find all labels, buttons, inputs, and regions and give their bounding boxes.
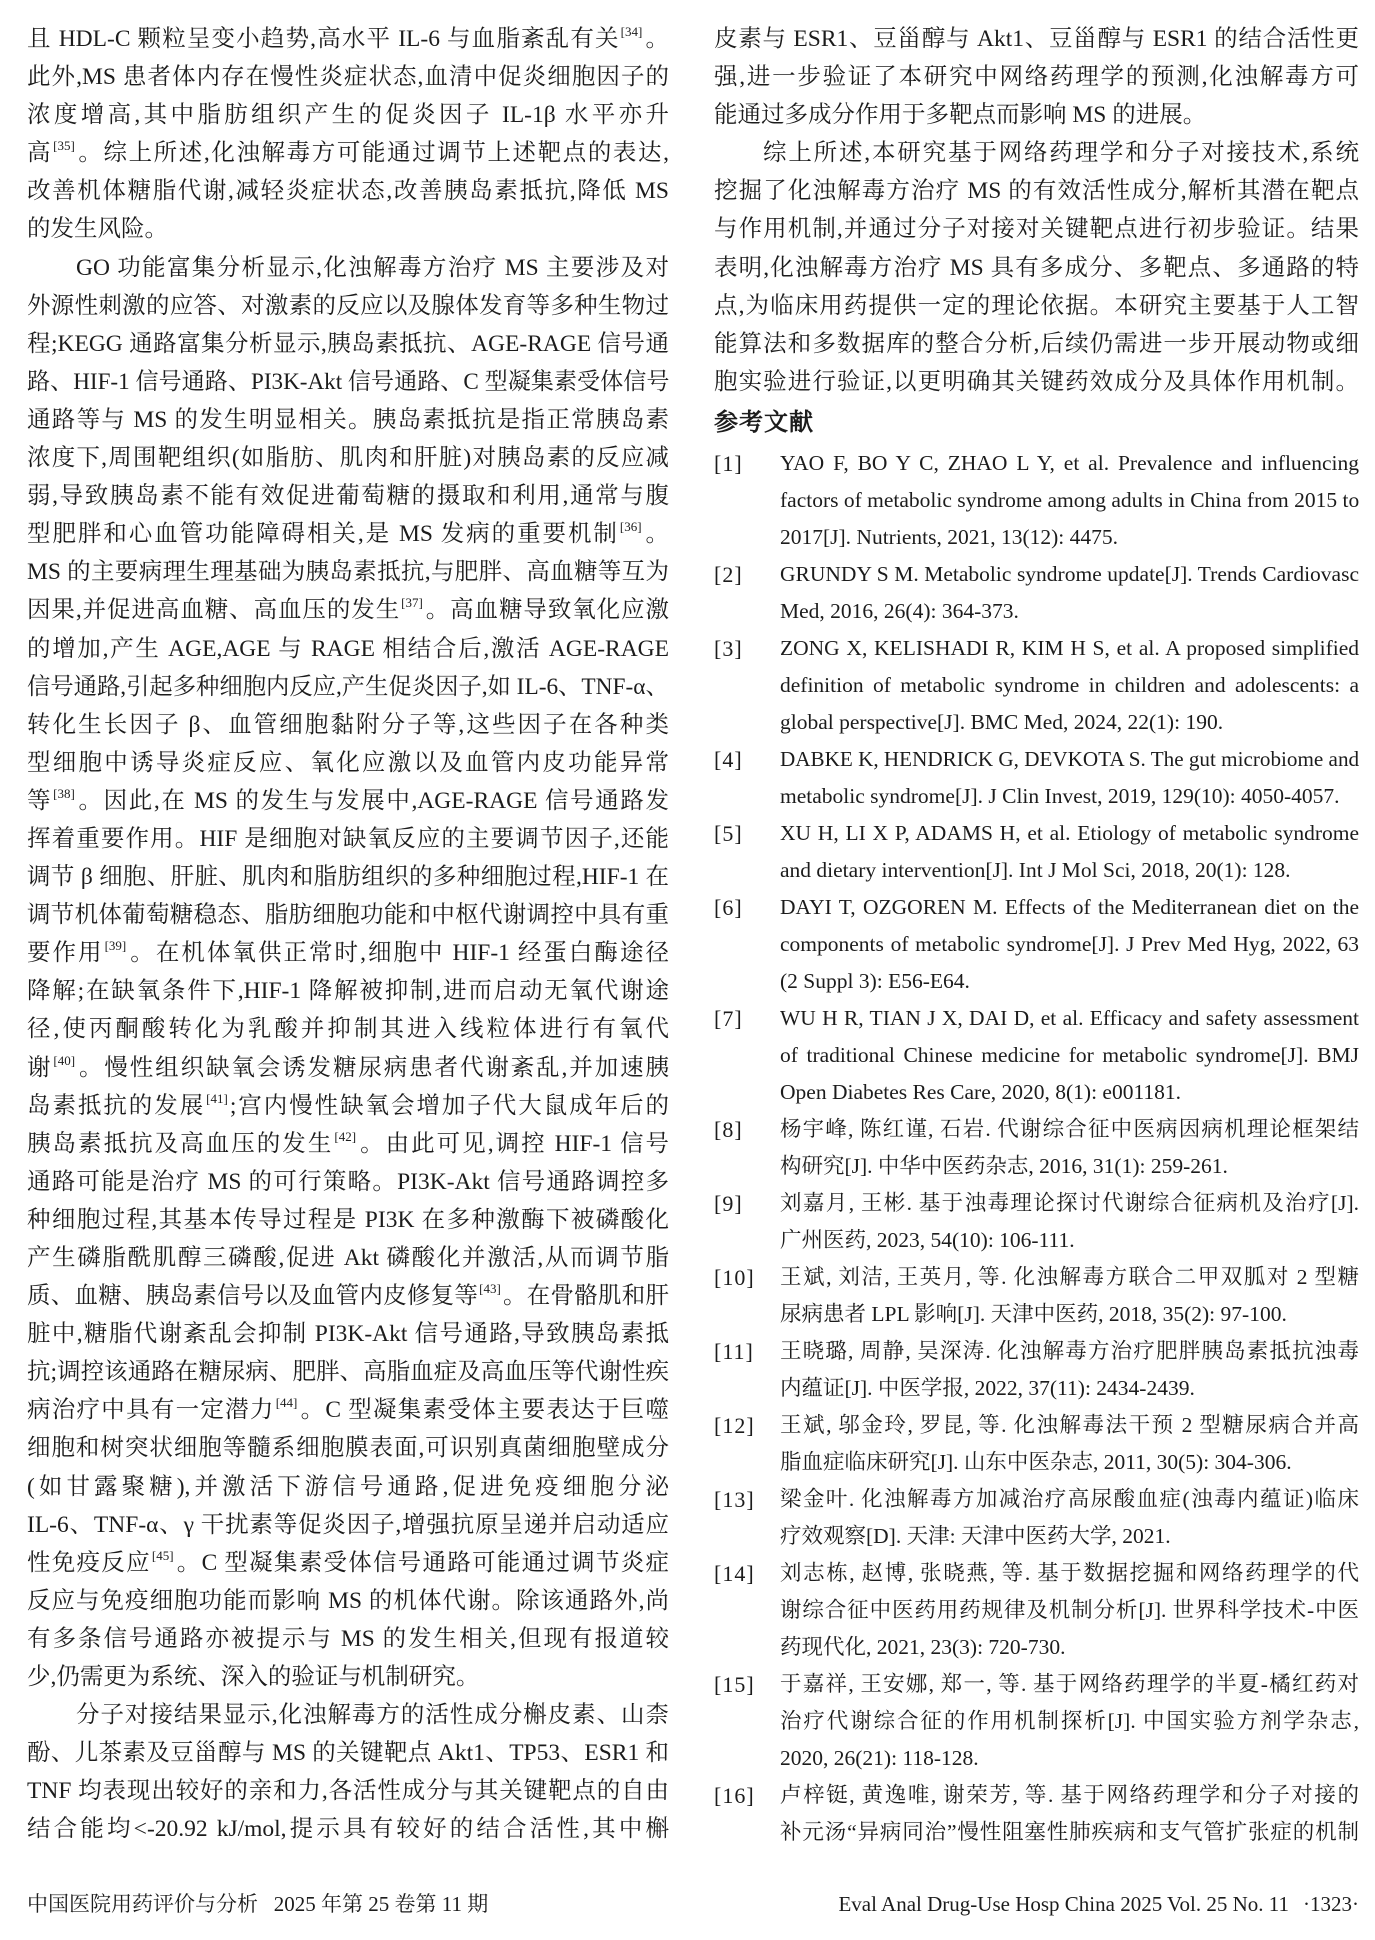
text-line: 能算法和多数据库的整合分析,后续仍需进一步开展动物或细 — [714, 325, 1359, 363]
text-line: (如甘露聚糖),并激活下游信号通路,促进免疫细胞分泌 — [27, 1468, 669, 1506]
reference-line: 2017[J]. Nutrients, 2021, 13(12): 4475. — [780, 519, 1359, 556]
text-segment: 。慢性组织缺氧会诱发糖尿病患者代谢紊乱,并加速胰 — [77, 1055, 669, 1081]
text-line: 挖掘了化浊解毒方治疗 MS 的有效活性成分,解析其潜在靶点 — [714, 172, 1359, 210]
text-segment: 谢 — [27, 1055, 52, 1081]
reference-line: 补元汤“异病同治”慢性阻塞性肺疾病和支气管扩张症的机制 — [780, 1814, 1359, 1851]
text-segment: 型肥胖和心血管功能障碍相关,是 MS 发病的重要机制 — [27, 521, 619, 547]
text-line: 少,仍需更为系统、深入的验证与机制研究。 — [27, 1658, 669, 1696]
page-number: ·1323· — [1303, 1892, 1359, 1916]
text-segment: 高 — [27, 140, 52, 166]
text-segment: 综上所述,本研究基于网络药理学和分子对接技术,系统 — [763, 140, 1359, 166]
text-line: 的增加,产生 AGE,AGE 与 RAGE 相结合后,激活 AGE-RAGE — [27, 630, 669, 668]
text-segment: 。高血糖导致氧化应激 — [425, 597, 669, 623]
reference-line: 药现代化, 2021, 23(3): 720-730. — [780, 1629, 1359, 1666]
text-segment: 岛素抵抗的发展 — [27, 1093, 205, 1119]
text-line: 皮素与 ESR1、豆甾醇与 Akt1、豆甾醇与 ESR1 的结合活性更 — [714, 20, 1359, 58]
text-segment: 挥着重要作用。HIF 是细胞对缺氧反应的主要调节因子,还能 — [27, 826, 669, 852]
reference-label: [10] — [714, 1259, 755, 1296]
text-line: 外源性刺激的应答、对激素的反应以及腺体发育等多种生物过 — [27, 287, 669, 325]
text-line: 强,进一步验证了本研究中网络药理学的预测,化浊解毒方可 — [714, 58, 1359, 96]
text-segment: 。在机体氧供正常时,细胞中 HIF-1 经蛋白酶途径 — [128, 940, 669, 966]
citation-superscript: [39] — [105, 938, 127, 953]
reference-line: 王斌, 刘洁, 王英月, 等. 化浊解毒方联合二甲双胍对 2 型糖 — [780, 1259, 1359, 1296]
reference-line: and dietary intervention[J]. Int J Mol S… — [780, 852, 1359, 889]
text-line: 浓度下,周围靶组织(如脂肪、肌肉和肝脏)对胰岛素的反应减 — [27, 439, 669, 477]
text-line: 程;KEGG 通路富集分析显示,胰岛素抵抗、AGE-RAGE 信号通 — [27, 325, 669, 363]
citation-superscript: [36] — [620, 519, 642, 534]
reference-line: 谢综合征中医药用药规律及机制分析[J]. 世界科学技术-中医 — [780, 1592, 1359, 1629]
text-line: 分子对接结果显示,化浊解毒方的活性成分槲皮素、山柰 — [27, 1696, 669, 1734]
reference-line: 杨宇峰, 陈红谨, 石岩. 代谢综合征中医病因病机理论框架结 — [780, 1111, 1359, 1148]
text-line: 综上所述,本研究基于网络药理学和分子对接技术,系统 — [714, 134, 1359, 172]
text-line: 的发生风险。 — [27, 210, 669, 248]
reference-line: Med, 2016, 26(4): 364-373. — [780, 593, 1359, 630]
text-line: 有多条信号通路亦被提示与 MS 的发生相关,但现有报道较 — [27, 1620, 669, 1658]
text-segment: 通路可能是治疗 MS 的可行策略。PI3K-Akt 信号通路调控多 — [27, 1169, 669, 1195]
reference-line: definition of metabolic syndrome in chil… — [780, 667, 1359, 704]
text-segment: (如甘露聚糖),并激活下游信号通路,促进免疫细胞分泌 — [27, 1474, 669, 1500]
text-line: 脏中,糖脂代谢紊乱会抑制 PI3K-Akt 信号通路,导致胰岛素抵 — [27, 1315, 669, 1353]
text-line: 改善机体糖脂代谢,减轻炎症状态,改善胰岛素抵抗,降低 MS — [27, 172, 669, 210]
reference-line: DAYI T, OZGOREN M. Effects of the Medite… — [780, 889, 1359, 926]
text-segment: 性免疫反应 — [27, 1550, 151, 1576]
text-line: 且 HDL-C 颗粒呈变小趋势,高水平 IL-6 与血脂紊乱有关[34]。 — [27, 20, 669, 58]
reference-label: [15] — [714, 1666, 755, 1703]
text-line: 调节机体葡萄糖稳态、脂肪细胞功能和中枢代谢调控中具有重 — [27, 896, 669, 934]
text-segment: 酚、儿茶素及豆甾醇与 MS 的关键靶点 Akt1、TP53、ESR1 和 — [27, 1740, 669, 1766]
reference-item: [16]卢梓铤, 黄逸唯, 谢荣芳, 等. 基于网络药理学和分子对接的补元汤“异… — [714, 1777, 1359, 1851]
text-segment: 且 HDL-C 颗粒呈变小趋势,高水平 IL-6 与血脂紊乱有关 — [27, 26, 620, 52]
text-segment: 。C 型凝集素受体信号通路可能通过调节炎症 — [176, 1550, 669, 1576]
text-line: 酚、儿茶素及豆甾醇与 MS 的关键靶点 Akt1、TP53、ESR1 和 — [27, 1734, 669, 1772]
reference-label: [11] — [714, 1333, 754, 1370]
reference-line: XU H, LI X P, ADAMS H, et al. Etiology o… — [780, 815, 1359, 852]
text-segment: 胞实验进行验证,以更明确其关键药效成分及具体作用机制。 — [714, 369, 1359, 395]
citation-superscript: [38] — [53, 786, 75, 801]
reference-item: [5]XU H, LI X P, ADAMS H, et al. Etiolog… — [714, 815, 1359, 889]
reference-line: 刘志栋, 赵博, 张晓燕, 等. 基于数据挖掘和网络药理学的代 — [780, 1555, 1359, 1592]
text-segment: 要作用 — [27, 940, 104, 966]
text-segment: 的增加,产生 AGE,AGE 与 RAGE 相结合后,激活 AGE-RAGE — [27, 636, 669, 662]
text-line: 胞实验进行验证,以更明确其关键药效成分及具体作用机制。 — [714, 363, 1359, 401]
reference-label: [7] — [714, 1000, 743, 1037]
text-segment: 分子对接结果显示,化浊解毒方的活性成分槲皮素、山柰 — [76, 1702, 669, 1728]
reference-line: of traditional Chinese medicine for meta… — [780, 1037, 1359, 1074]
text-segment: 的发生风险。 — [27, 216, 168, 242]
reference-item: [8]杨宇峰, 陈红谨, 石岩. 代谢综合征中医病因病机理论框架结构研究[J].… — [714, 1111, 1359, 1185]
reference-item: [10]王斌, 刘洁, 王英月, 等. 化浊解毒方联合二甲双胍对 2 型糖尿病患… — [714, 1259, 1359, 1333]
text-line: 种细胞过程,其基本传导过程是 PI3K 在多种激酶下被磷酸化 — [27, 1201, 669, 1239]
reference-item: [1]YAO F, BO Y C, ZHAO L Y, et al. Preva… — [714, 445, 1359, 556]
text-line: 型肥胖和心血管功能障碍相关,是 MS 发病的重要机制[36]。 — [27, 515, 669, 553]
text-line: 反应与免疫细胞功能而影响 MS 的机体代谢。除该通路外,尚 — [27, 1582, 669, 1620]
text-segment: 型细胞中诱导炎症反应、氧化应激以及血管内皮功能异常 — [27, 750, 669, 776]
text-line: 质、血糖、胰岛素信号以及血管内皮修复等[43]。在骨骼肌和肝 — [27, 1277, 669, 1315]
reference-label: [8] — [714, 1111, 743, 1148]
reference-label: [14] — [714, 1555, 755, 1592]
text-segment: 有多条信号通路亦被提示与 MS 的发生相关,但现有报道较 — [27, 1626, 669, 1652]
text-segment: ;宫内慢性缺氧会增加子代大鼠成年后的 — [230, 1093, 669, 1119]
text-segment: 表明,化浊解毒方治疗 MS 具有多成分、多靶点、多通路的特 — [714, 255, 1359, 281]
reference-item: [14]刘志栋, 赵博, 张晓燕, 等. 基于数据挖掘和网络药理学的代谢综合征中… — [714, 1555, 1359, 1666]
reference-line: 于嘉祥, 王安娜, 郑一, 等. 基于网络药理学的半夏-橘红药对 — [780, 1666, 1359, 1703]
text-segment: 反应与免疫细胞功能而影响 MS 的机体代谢。除该通路外,尚 — [27, 1588, 669, 1614]
reference-label: [13] — [714, 1481, 755, 1518]
text-line: 等[38]。因此,在 MS 的发生与发展中,AGE-RAGE 信号通路发 — [27, 782, 669, 820]
text-segment: 。在骨骼肌和肝 — [503, 1283, 669, 1309]
text-line: 岛素抵抗的发展[41];宫内慢性缺氧会增加子代大鼠成年后的 — [27, 1087, 669, 1125]
text-line: 性免疫反应[45]。C 型凝集素受体信号通路可能通过调节炎症 — [27, 1544, 669, 1582]
text-line: 因果,并促进高血糖、高血压的发生[37]。高血糖导致氧化应激 — [27, 591, 669, 629]
reference-line: 脂血症临床研究[J]. 山东中医杂志, 2011, 30(5): 304-306… — [780, 1444, 1359, 1481]
reference-line: 王斌, 邬金玲, 罗昆, 等. 化浊解毒法干预 2 型糖尿病合并高 — [780, 1407, 1359, 1444]
reference-line: (2 Suppl 3): E56-E64. — [780, 963, 1359, 1000]
text-segment: 皮素与 ESR1、豆甾醇与 Akt1、豆甾醇与 ESR1 的结合活性更 — [714, 26, 1359, 52]
text-segment: 。因此,在 MS 的发生与发展中,AGE-RAGE 信号通路发 — [77, 788, 669, 814]
text-segment: GO 功能富集分析显示,化浊解毒方治疗 MS 主要涉及对 — [76, 255, 669, 281]
reference-label: [5] — [714, 815, 743, 852]
text-segment: 细胞和树突状细胞等髓系细胞膜表面,可识别真菌细胞壁成分 — [27, 1435, 669, 1461]
citation-superscript: [34] — [621, 24, 643, 39]
text-line: 谢[40]。慢性组织缺氧会诱发糖尿病患者代谢紊乱,并加速胰 — [27, 1049, 669, 1087]
references-list: [1]YAO F, BO Y C, ZHAO L Y, et al. Preva… — [714, 445, 1359, 1851]
reference-label: [3] — [714, 630, 743, 667]
text-line: 胰岛素抵抗及高血压的发生[42]。由此可见,调控 HIF-1 信号 — [27, 1125, 669, 1163]
footer-journal-title-en: Eval Anal Drug-Use Hosp China 2025 Vol. … — [838, 1892, 1289, 1916]
text-line: 浓度增高,其中脂肪组织产生的促炎因子 IL-1β 水平亦升 — [27, 96, 669, 134]
text-line: 结合能均<-20.92 kJ/mol,提示具有较好的结合活性,其中槲 — [27, 1810, 669, 1848]
reference-item: [4]DABKE K, HENDRICK G, DEVKOTA S. The g… — [714, 741, 1359, 815]
reference-item: [6]DAYI T, OZGOREN M. Effects of the Med… — [714, 889, 1359, 1000]
text-segment: MS 的主要病理生理基础为胰岛素抵抗,与肥胖、高血糖等互为 — [27, 559, 669, 585]
reference-label: [9] — [714, 1185, 743, 1222]
reference-line: components of metabolic syndrome[J]. J P… — [780, 926, 1359, 963]
text-line: 降解;在缺氧条件下,HIF-1 降解被抑制,进而启动无氧代谢途 — [27, 972, 669, 1010]
text-segment: 点,为临床用药提供一定的理论依据。本研究主要基于人工智 — [714, 293, 1359, 319]
reference-item: [15]于嘉祥, 王安娜, 郑一, 等. 基于网络药理学的半夏-橘红药对治疗代谢… — [714, 1666, 1359, 1777]
text-segment: 浓度增高,其中脂肪组织产生的促炎因子 IL-1β 水平亦升 — [27, 102, 669, 128]
text-line: 通路可能是治疗 MS 的可行策略。PI3K-Akt 信号通路调控多 — [27, 1163, 669, 1201]
reference-line: 广州医药, 2023, 54(10): 106-111. — [780, 1222, 1359, 1259]
citation-superscript: [40] — [53, 1053, 75, 1068]
reference-line: metabolic syndrome[J]. J Clin Invest, 20… — [780, 778, 1359, 815]
text-segment: 。综上所述,化浊解毒方可能通过调节上述靶点的表达, — [77, 140, 669, 166]
text-line: IL-6、TNF-α、γ 干扰素等促炎因子,增强抗原呈递并启动适应 — [27, 1506, 669, 1544]
text-segment: TNF 均表现出较好的亲和力,各活性成分与其关键靶点的自由 — [27, 1778, 669, 1804]
text-line: 弱,导致胰岛素不能有效促进葡萄糖的摄取和利用,通常与腹 — [27, 477, 669, 515]
citation-superscript: [41] — [206, 1091, 228, 1106]
text-segment: 因果,并促进高血糖、高血压的发生 — [27, 597, 400, 623]
text-segment: 挖掘了化浊解毒方治疗 MS 的有效活性成分,解析其潜在靶点 — [714, 178, 1359, 204]
reference-line: 疗效观察[D]. 天津: 天津中医药大学, 2021. — [780, 1518, 1359, 1555]
text-segment: 与作用机制,并通过分子对接对关键靶点进行初步验证。结果 — [714, 216, 1359, 242]
text-line: 与作用机制,并通过分子对接对关键靶点进行初步验证。结果 — [714, 210, 1359, 248]
reference-label: [16] — [714, 1777, 755, 1814]
reference-item: [11]王晓璐, 周静, 吴深涛. 化浊解毒方治疗肥胖胰岛素抵抗浊毒内蕴证[J]… — [714, 1333, 1359, 1407]
text-segment: 胰岛素抵抗及高血压的发生 — [27, 1131, 333, 1157]
text-segment: 降解;在缺氧条件下,HIF-1 降解被抑制,进而启动无氧代谢途 — [27, 978, 669, 1004]
text-line: 通路等与 MS 的发生明显相关。胰岛素抵抗是指正常胰岛素 — [27, 401, 669, 439]
text-segment: 外源性刺激的应答、对激素的反应以及腺体发育等多种生物过 — [27, 293, 669, 319]
reference-item: [12]王斌, 邬金玲, 罗昆, 等. 化浊解毒法干预 2 型糖尿病合并高脂血症… — [714, 1407, 1359, 1481]
reference-line: 治疗代谢综合征的作用机制探析[J]. 中国实验方剂学杂志, — [780, 1703, 1359, 1740]
text-segment: 质、血糖、胰岛素信号以及血管内皮修复等 — [27, 1283, 478, 1309]
text-line: 要作用[39]。在机体氧供正常时,细胞中 HIF-1 经蛋白酶途径 — [27, 934, 669, 972]
text-segment: IL-6、TNF-α、γ 干扰素等促炎因子,增强抗原呈递并启动适应 — [27, 1512, 669, 1538]
reference-label: [12] — [714, 1407, 755, 1444]
reference-item: [7]WU H R, TIAN J X, DAI D, et al. Effic… — [714, 1000, 1359, 1111]
reference-line: factors of metabolic syndrome among adul… — [780, 482, 1359, 519]
reference-line: global perspective[J]. BMC Med, 2024, 22… — [780, 704, 1359, 741]
citation-superscript: [37] — [401, 595, 423, 610]
text-segment: 浓度下,周围靶组织(如脂肪、肌肉和肝脏)对胰岛素的反应减 — [27, 445, 669, 471]
text-segment: 。 — [644, 521, 669, 547]
text-line: GO 功能富集分析显示,化浊解毒方治疗 MS 主要涉及对 — [27, 249, 669, 287]
right-column-body: 皮素与 ESR1、豆甾醇与 Akt1、豆甾醇与 ESR1 的结合活性更强,进一步… — [714, 20, 1359, 401]
text-segment: 。C 型凝集素受体主要表达于巨噬 — [299, 1397, 669, 1423]
text-segment: 转化生长因子 β、血管细胞黏附分子等,这些因子在各种类 — [27, 712, 669, 738]
text-line: 径,使丙酮酸转化为乳酸并抑制其进入线粒体进行有氧代 — [27, 1010, 669, 1048]
text-segment: 等 — [27, 788, 52, 814]
text-segment: 通路等与 MS 的发生明显相关。胰岛素抵抗是指正常胰岛素 — [27, 407, 669, 433]
text-segment: 此外,MS 患者体内存在慢性炎症状态,血清中促炎细胞因子的 — [27, 64, 669, 90]
citation-superscript: [35] — [53, 138, 75, 153]
footer-journal-citation-en: Eval Anal Drug-Use Hosp China 2025 Vol. … — [838, 1889, 1359, 1919]
text-segment: 。 — [644, 26, 669, 52]
text-line: 此外,MS 患者体内存在慢性炎症状态,血清中促炎细胞因子的 — [27, 58, 669, 96]
text-segment: 抗;调控该通路在糖尿病、肥胖、高脂血症及高血压等代谢性疾 — [27, 1359, 669, 1385]
text-segment: 能算法和多数据库的整合分析,后续仍需进一步开展动物或细 — [714, 331, 1359, 357]
text-segment: 程;KEGG 通路富集分析显示,胰岛素抵抗、AGE-RAGE 信号通 — [27, 331, 669, 357]
reference-line: 构研究[J]. 中华中医药杂志, 2016, 31(1): 259-261. — [780, 1148, 1359, 1185]
reference-line: 梁金叶. 化浊解毒方加减治疗高尿酸血症(浊毒内蕴证)临床 — [780, 1481, 1359, 1518]
text-segment: 能通过多成分作用于多靶点而影响 MS 的进展。 — [714, 102, 1206, 128]
text-segment: 产生磷脂酰肌醇三磷酸,促进 Akt 磷酸化并激活,从而调节脂 — [27, 1245, 669, 1271]
text-segment: 种细胞过程,其基本传导过程是 PI3K 在多种激酶下被磷酸化 — [27, 1207, 669, 1233]
text-line: 细胞和树突状细胞等髓系细胞膜表面,可识别真菌细胞壁成分 — [27, 1429, 669, 1467]
text-segment: 信号通路,引起多种细胞内反应,产生促炎因子,如 IL-6、TNF-α、 — [27, 674, 669, 700]
reference-label: [6] — [714, 889, 743, 926]
text-line: 转化生长因子 β、血管细胞黏附分子等,这些因子在各种类 — [27, 706, 669, 744]
reference-line: Open Diabetes Res Care, 2020, 8(1): e001… — [780, 1074, 1359, 1111]
footer-journal-title-cn: 中国医院用药评价与分析 2025 年第 25 卷第 11 期 — [27, 1889, 488, 1919]
reference-item: [2]GRUNDY S M. Metabolic syndrome update… — [714, 556, 1359, 630]
citation-superscript: [42] — [334, 1129, 356, 1144]
reference-line: 刘嘉月, 王彬. 基于浊毒理论探讨代谢综合征病机及治疗[J]. — [780, 1185, 1359, 1222]
reference-label: [1] — [714, 445, 743, 482]
text-line: 高[35]。综上所述,化浊解毒方可能通过调节上述靶点的表达, — [27, 134, 669, 172]
reference-item: [9]刘嘉月, 王彬. 基于浊毒理论探讨代谢综合征病机及治疗[J].广州医药, … — [714, 1185, 1359, 1259]
reference-label: [2] — [714, 556, 743, 593]
text-line: 型细胞中诱导炎症反应、氧化应激以及血管内皮功能异常 — [27, 744, 669, 782]
text-line: 表明,化浊解毒方治疗 MS 具有多成分、多靶点、多通路的特 — [714, 249, 1359, 287]
text-segment: 脏中,糖脂代谢紊乱会抑制 PI3K-Akt 信号通路,导致胰岛素抵 — [27, 1321, 669, 1347]
text-segment: 调节 β 细胞、肝脏、肌肉和脂肪组织的多种细胞过程,HIF-1 在 — [27, 864, 669, 890]
reference-line: YAO F, BO Y C, ZHAO L Y, et al. Prevalen… — [780, 445, 1359, 482]
text-segment: 结合能均<-20.92 kJ/mol,提示具有较好的结合活性,其中槲 — [27, 1816, 669, 1842]
text-segment: 强,进一步验证了本研究中网络药理学的预测,化浊解毒方可 — [714, 64, 1359, 90]
reference-item: [3]ZONG X, KELISHADI R, KIM H S, et al. … — [714, 630, 1359, 741]
reference-item: [13]梁金叶. 化浊解毒方加减治疗高尿酸血症(浊毒内蕴证)临床疗效观察[D].… — [714, 1481, 1359, 1555]
text-line: 信号通路,引起多种细胞内反应,产生促炎因子,如 IL-6、TNF-α、 — [27, 668, 664, 706]
reference-line: 王晓璐, 周静, 吴深涛. 化浊解毒方治疗肥胖胰岛素抵抗浊毒 — [780, 1333, 1359, 1370]
reference-line: 2020, 26(21): 118-128. — [780, 1740, 1359, 1777]
text-segment: 路、HIF-1 信号通路、PI3K-Akt 信号通路、C 型凝集素受体信号 — [27, 369, 669, 395]
reference-line: 卢梓铤, 黄逸唯, 谢荣芳, 等. 基于网络药理学和分子对接的 — [780, 1777, 1359, 1814]
text-segment: 弱,导致胰岛素不能有效促进葡萄糖的摄取和利用,通常与腹 — [27, 483, 669, 509]
reference-line: WU H R, TIAN J X, DAI D, et al. Efficacy… — [780, 1000, 1359, 1037]
text-line: 产生磷脂酰肌醇三磷酸,促进 Akt 磷酸化并激活,从而调节脂 — [27, 1239, 669, 1277]
reference-line: 尿病患者 LPL 影响[J]. 天津中医药, 2018, 35(2): 97-1… — [780, 1296, 1359, 1333]
text-line: 抗;调控该通路在糖尿病、肥胖、高脂血症及高血压等代谢性疾 — [27, 1353, 669, 1391]
text-segment: 调节机体葡萄糖稳态、脂肪细胞功能和中枢代谢调控中具有重 — [27, 902, 669, 928]
citation-superscript: [43] — [479, 1281, 501, 1296]
text-line: 病治疗中具有一定潜力[44]。C 型凝集素受体主要表达于巨噬 — [27, 1391, 669, 1429]
reference-line: DABKE K, HENDRICK G, DEVKOTA S. The gut … — [780, 741, 1349, 778]
text-line: 调节 β 细胞、肝脏、肌肉和脂肪组织的多种细胞过程,HIF-1 在 — [27, 858, 669, 896]
text-line: 点,为临床用药提供一定的理论依据。本研究主要基于人工智 — [714, 287, 1359, 325]
text-line: MS 的主要病理生理基础为胰岛素抵抗,与肥胖、高血糖等互为 — [27, 553, 669, 591]
text-line: 能通过多成分作用于多靶点而影响 MS 的进展。 — [714, 96, 1359, 134]
text-line: 挥着重要作用。HIF 是细胞对缺氧反应的主要调节因子,还能 — [27, 820, 669, 858]
references-heading: 参考文献 — [714, 402, 814, 442]
text-line: TNF 均表现出较好的亲和力,各活性成分与其关键靶点的自由 — [27, 1772, 669, 1810]
citation-superscript: [45] — [152, 1548, 174, 1563]
text-segment: 病治疗中具有一定潜力 — [27, 1397, 275, 1423]
text-segment: 改善机体糖脂代谢,减轻炎症状态,改善胰岛素抵抗,降低 MS — [27, 178, 669, 204]
reference-label: [4] — [714, 741, 743, 778]
text-line: 路、HIF-1 信号通路、PI3K-Akt 信号通路、C 型凝集素受体信号 — [27, 363, 658, 401]
citation-superscript: [44] — [276, 1395, 298, 1410]
reference-line: GRUNDY S M. Metabolic syndrome update[J]… — [780, 556, 1359, 593]
left-column-body: 且 HDL-C 颗粒呈变小趋势,高水平 IL-6 与血脂紊乱有关[34]。此外,… — [27, 20, 669, 1849]
text-segment: 径,使丙酮酸转化为乳酸并抑制其进入线粒体进行有氧代 — [27, 1016, 669, 1042]
reference-line: ZONG X, KELISHADI R, KIM H S, et al. A p… — [780, 630, 1359, 667]
reference-line: 内蕴证[J]. 中医学报, 2022, 37(11): 2434-2439. — [780, 1370, 1359, 1407]
text-segment: 。由此可见,调控 HIF-1 信号 — [358, 1131, 669, 1157]
text-segment: 少,仍需更为系统、深入的验证与机制研究。 — [27, 1664, 479, 1690]
